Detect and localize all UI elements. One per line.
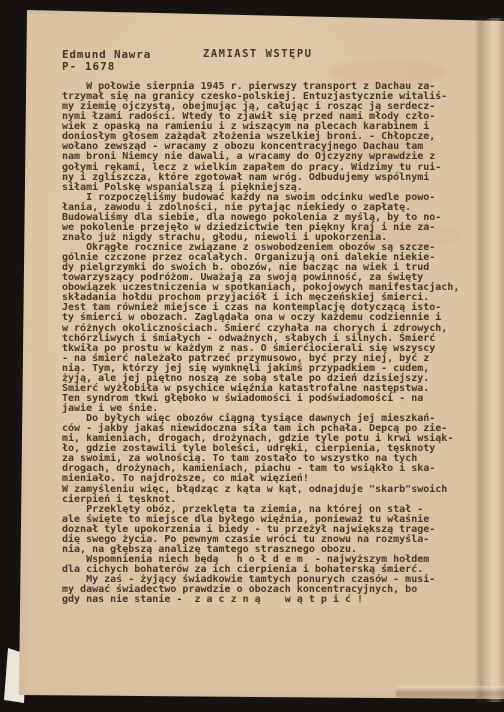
text-line: ty śmierci w obozach. Zaglądała ona w oc… xyxy=(62,313,462,323)
scanned-document-photo: Edmund Nawra P- 1678 ZAMIAST WSTĘPU W po… xyxy=(0,0,504,712)
bottom-crease xyxy=(396,686,504,699)
text-line: mieniało. To najdroższe, co miał więzień… xyxy=(62,474,462,484)
page-title: ZAMIAST WSTĘPU xyxy=(203,49,313,61)
page-fold-shading xyxy=(474,18,504,702)
body-text: W połowie sierpnia 1945 r. pierwszy tran… xyxy=(62,82,462,605)
prisoner-number: P- 1678 xyxy=(62,61,115,73)
text-line: gdy nas nie stanie - z a c z n ą w ą t p… xyxy=(62,595,462,605)
author-name: Edmund Nawra xyxy=(62,49,151,61)
text-line: nam broni Niemcy nie dawali, a wracamy d… xyxy=(62,152,462,162)
